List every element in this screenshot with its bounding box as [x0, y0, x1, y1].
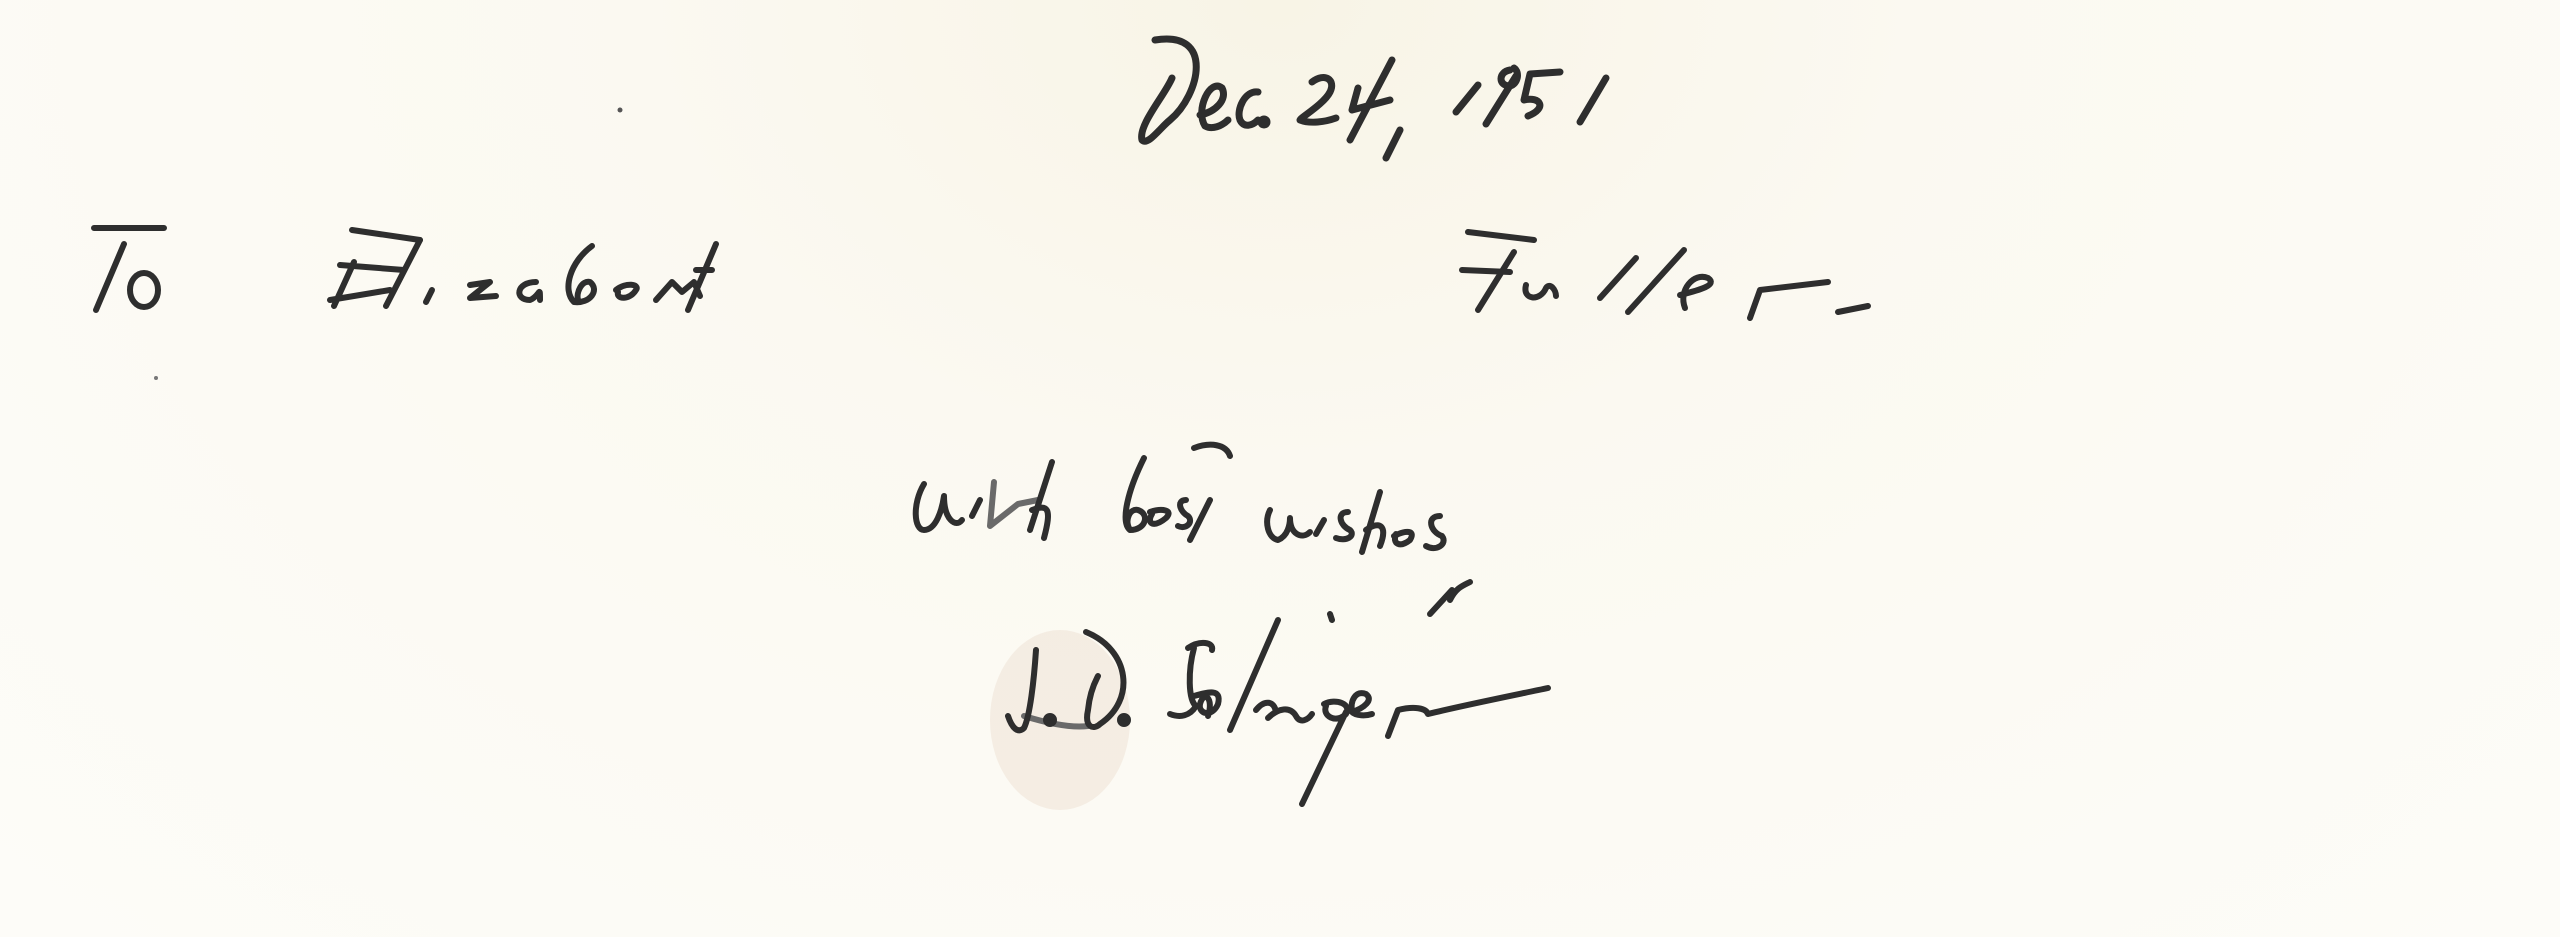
handwriting-canvas	[0, 0, 2560, 937]
handwritten-salutation	[94, 228, 1868, 318]
inscription-page: Dec. 24, 1951 To Elizabeth Fuller - with…	[0, 0, 2560, 937]
paper-speck	[618, 108, 623, 113]
paper-speck	[154, 376, 158, 380]
handwritten-closing	[916, 445, 1452, 614]
handwritten-date	[1142, 39, 1606, 158]
